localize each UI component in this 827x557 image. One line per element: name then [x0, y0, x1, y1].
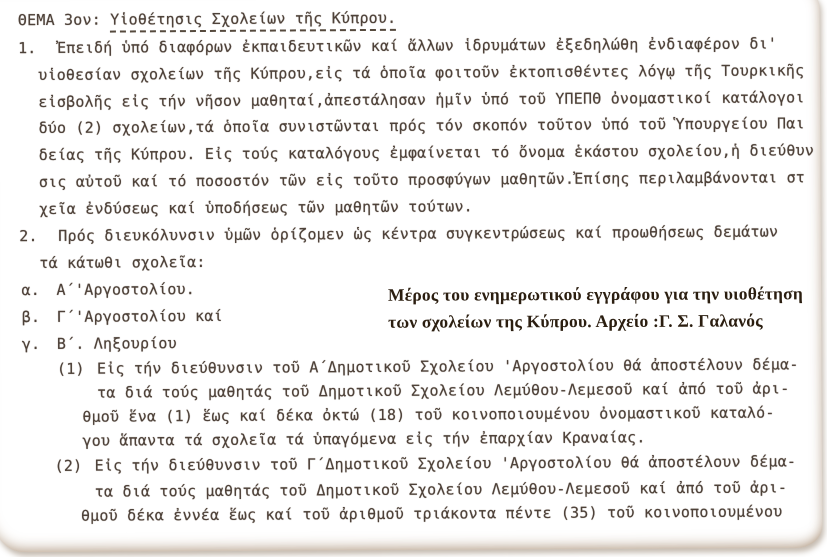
list-marker: (1): [57, 359, 97, 379]
line-text: χεῖα ἐνδύσεως καί ὑποδήσεως τῶν μαθητῶν …: [39, 197, 473, 218]
document-line: (2)Εἰς τήν διεύθυνσιν τοῦ Γ΄Δημοτικοῦ Σχ…: [55, 451, 797, 476]
line-text: τα διά τούς μαθητάς τοῦ Δημοτικοῦ Σχολεί…: [97, 379, 789, 401]
document-line: 2.Πρός διευκόλυνσιν ὑμῶν ὁρίζομεν ὡς κέν…: [19, 221, 778, 246]
line-text: δείας τῆς Κύπρου. Εἰς τούς καταλόγους ἐμ…: [39, 141, 814, 164]
list-marker: β.: [22, 307, 57, 327]
document-line: σις αὐτοῦ καί τό ποσοστόν τῶν εἰς τοῦτο …: [39, 167, 805, 192]
document-line: υἱοθεσίαν σχολείων τῆς Κύπρου,εἰς τά ὁπο…: [38, 60, 804, 85]
line-text: Ἐπειδή ὑπό διαφόρων ἐκπαιδευτικῶν καί ἄλ…: [57, 34, 777, 56]
list-marker: γ.: [22, 334, 57, 354]
document-line: δύο (2) σχολείων,τά ὁποῖα συνιστῶνται πρ…: [38, 113, 804, 138]
line-text: γου ἅπαντα τά σχολεῖα τά ὑπαγόμενα εἰς τ…: [82, 428, 645, 449]
line-text: τά κάτωθι σχολεῖα:: [39, 253, 205, 272]
document-line: α.Α΄'Αργοστολίου.: [21, 279, 195, 300]
line-text: θμοῦ δέκα ἐννέα ἕως καί τοῦ ἀριθμοῦ τριά…: [81, 502, 783, 524]
document-line: (1)Εἰς τήν διεύθυνσιν τοῦ Α΄Δημοτικοῦ Σχ…: [57, 354, 799, 379]
document-line: δείας τῆς Κύπρου. Εἰς τούς καταλόγους ἐμ…: [39, 140, 814, 165]
line-text: Πρός διευκόλυνσιν ὑμῶν ὁρίζομεν ὡς κέντρ…: [58, 222, 778, 244]
scanned-document: ΘΕΜΑ 3ον: Υἱοθέτησις Σχολείων τῆς Κύπρου…: [0, 0, 827, 557]
line-text: Β΄. Ληξουρίου: [57, 334, 177, 353]
line-text: Γ΄'Αργοστολίου καί: [57, 307, 223, 326]
document-header: ΘΕΜΑ 3ον: Υἱοθέτησις Σχολείων τῆς Κύπρου…: [18, 8, 397, 30]
caption-line: Μέρος του ενημερωτικού εγγράφου για την …: [388, 280, 827, 309]
line-text: Εἰς τήν διεύθυνσιν τοῦ Α΄Δημοτικοῦ Σχολε…: [97, 355, 799, 377]
caption-line: των σχολείων της Κύπρου. Αρχείο :Γ. Σ. Γ…: [388, 307, 827, 336]
line-text: θμοῦ ἕνα (1) ἕως καί δέκα ὀκτώ (18) τοῦ …: [82, 404, 774, 426]
document-line: εἰσβολῆς εἰς τήν νῆσον μαθηταί,ἀπεστάλησ…: [38, 87, 804, 112]
list-marker: α.: [21, 280, 56, 300]
caption-overlay: Μέρος του ενημερωτικού εγγράφου για την …: [388, 280, 827, 336]
page-title: Υἱοθέτησις Σχολείων τῆς Κύπρου.: [110, 9, 396, 33]
line-text: εἰσβολῆς εἰς τήν νῆσον μαθηταί,ἀπεστάλησ…: [38, 88, 804, 111]
document-line: θμοῦ δέκα ἐννέα ἕως καί τοῦ ἀριθμοῦ τριά…: [81, 501, 783, 525]
document-line: χεῖα ἐνδύσεως καί ὑποδήσεως τῶν μαθητῶν …: [39, 196, 473, 219]
header-prefix: ΘΕΜΑ 3ον:: [18, 11, 110, 30]
document-line: τα διά τούς μαθητάς τοῦ Δημοτικοῦ Σχολεί…: [95, 477, 787, 501]
document-line: γ.Β΄. Ληξουρίου: [22, 333, 177, 354]
document-line: 1.Ἐπειδή ὑπό διαφόρων ἐκπαιδευτικῶν καί …: [18, 33, 777, 58]
line-text: υἱοθεσίαν σχολείων τῆς Κύπρου,εἰς τά ὁπο…: [38, 61, 804, 84]
document-line: τα διά τούς μαθητάς τοῦ Δημοτικοῦ Σχολεί…: [97, 378, 789, 402]
document-line: θμοῦ ἕνα (1) ἕως καί δέκα ὀκτώ (18) τοῦ …: [82, 403, 774, 427]
document-line: τά κάτωθι σχολεῖα:: [39, 252, 205, 273]
line-text: τα διά τούς μαθητάς τοῦ Δημοτικοῦ Σχολεί…: [95, 478, 787, 500]
document-line: γου ἅπαντα τά σχολεῖα τά ὑπαγόμενα εἰς τ…: [82, 427, 645, 450]
typewritten-text-layer: ΘΕΜΑ 3ον: Υἱοθέτησις Σχολείων τῆς Κύπρου…: [0, 0, 827, 557]
list-marker: (2): [55, 456, 95, 476]
line-text: σις αὐτοῦ καί τό ποσοστόν τῶν εἰς τοῦτο …: [39, 168, 805, 191]
list-marker: 2.: [19, 226, 58, 246]
line-text: Α΄'Αργοστολίου.: [56, 280, 195, 299]
list-marker: 1.: [18, 38, 57, 58]
line-text: δύο (2) σχολείων,τά ὁποῖα συνιστῶνται πρ…: [38, 114, 804, 137]
line-text: Εἰς τήν διεύθυνσιν τοῦ Γ΄Δημοτικοῦ Σχολε…: [95, 452, 797, 474]
document-line: β.Γ΄'Αργοστολίου καί: [22, 306, 223, 327]
